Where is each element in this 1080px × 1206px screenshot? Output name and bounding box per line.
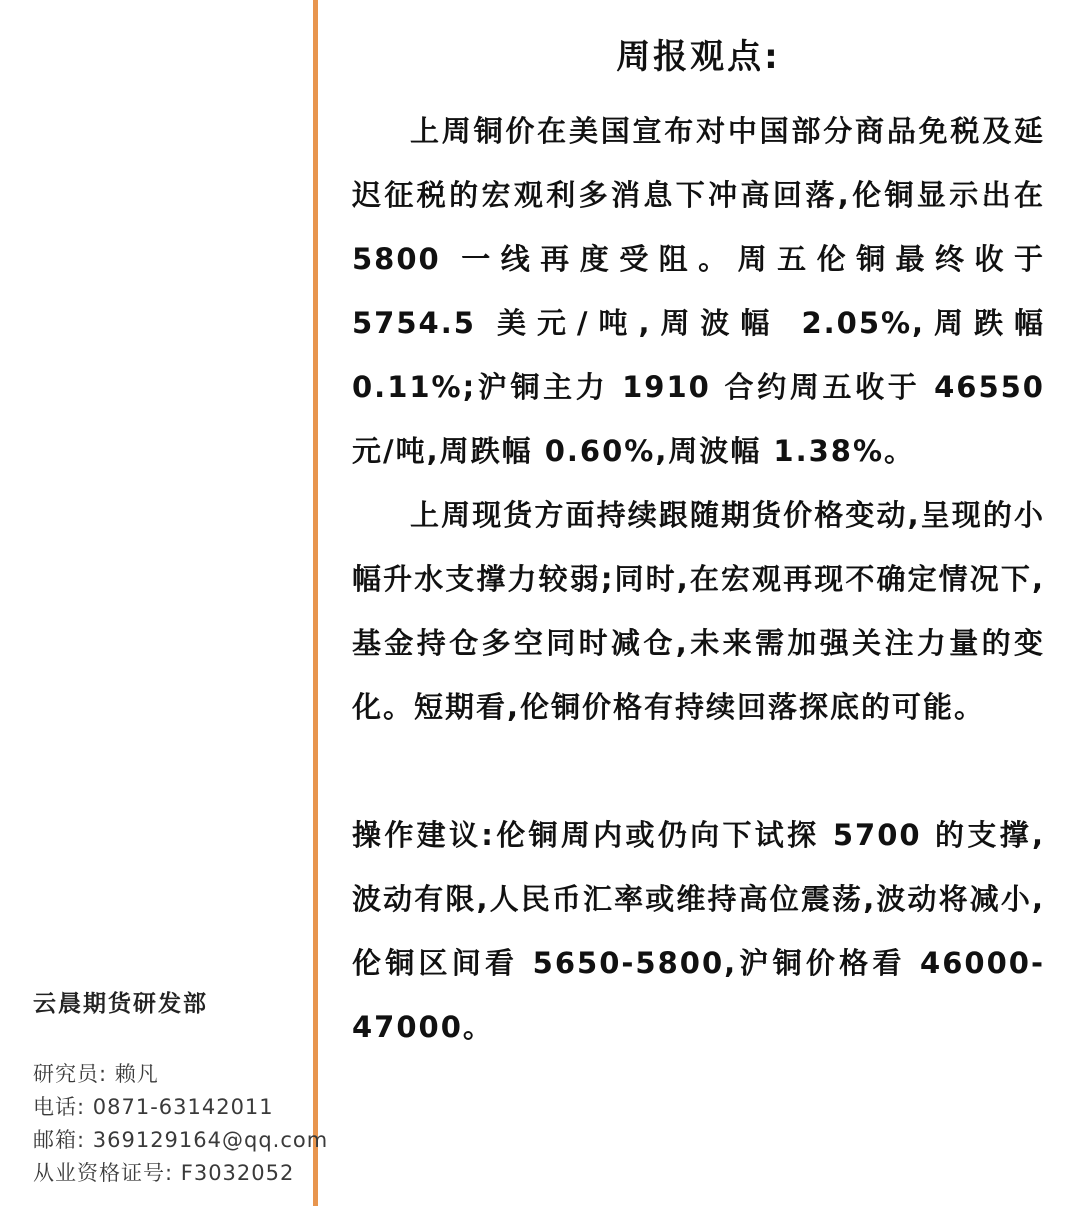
- researcher-name: 研究员: 赖凡: [33, 1058, 303, 1091]
- report-body: 周报观点: 上周铜价在美国宣布对中国部分商品免税及延迟征税的宏观利多消息下冲高回…: [318, 0, 1080, 1206]
- report-page: 周报观点: 上周铜价在美国宣布对中国部分商品免税及延迟征税的宏观利多消息下冲高回…: [0, 0, 1080, 1206]
- phone-number: 电话: 0871-63142011: [33, 1091, 303, 1124]
- report-paragraph-spot-and-funds: 上周现货方面持续跟随期货价格变动,呈现的小幅升水支撑力较弱;同时,在宏观再现不确…: [352, 483, 1045, 739]
- report-paragraph-trading-advice: 操作建议:伦铜周内或仍向下试探 5700 的支撑,波动有限,人民币汇率或维持高位…: [352, 803, 1045, 1059]
- license-number: 从业资格证号: F3032052: [33, 1157, 303, 1190]
- department-name: 云晨期货研发部: [33, 988, 303, 1020]
- author-info-block: 云晨期货研发部 研究员: 赖凡 电话: 0871-63142011 邮箱: 36…: [33, 988, 303, 1190]
- email-address: 邮箱: 369129164@qq.com: [33, 1124, 303, 1157]
- report-paragraph-market-review: 上周铜价在美国宣布对中国部分商品免税及延迟征税的宏观利多消息下冲高回落,伦铜显示…: [352, 99, 1045, 483]
- contact-lines: 研究员: 赖凡 电话: 0871-63142011 邮箱: 369129164@…: [33, 1058, 303, 1190]
- report-title: 周报观点:: [352, 25, 1045, 89]
